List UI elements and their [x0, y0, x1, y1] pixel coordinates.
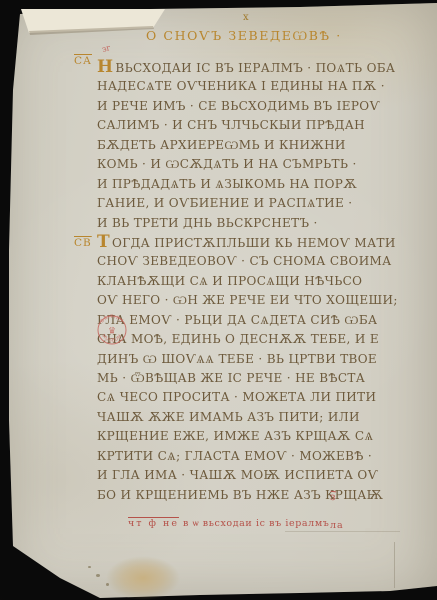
- line-text: ГАНИЕ, И ОѴБИЕНИЕ И РАСПѦТИЕ ·: [97, 196, 352, 210]
- line-text: БО И КРЩЕНИЕМЬ ВЪ НЖЕ АЗЪ КРЩАѬ: [97, 488, 383, 502]
- stain-speckle: [106, 583, 109, 586]
- cross-mark: х: [243, 12, 249, 23]
- line-text: НАДЕСѦТЕ ОѴЧЕНИКА І ЕДИНЫ НА ПѪ ·: [97, 79, 385, 93]
- text-line: КРТИТИ СѦ; ГЛАСТА ЕМОѴ · МОЖЕВѢ ·: [97, 447, 405, 466]
- footer-lection-title: в ѡ вьсходаи іс въ іералмъ: [183, 518, 329, 529]
- line-text: ОѴ НЕГО · ѠН ЖЕ РЕЧЕ ЕИ ЧТО ХОЩЕШИ;: [97, 293, 398, 307]
- initial-letter: Т: [97, 232, 110, 252]
- line-text: ГЛА ЕМОѴ · РЬЦИ ДА СѦДЕТА СИѢ ѠБА: [97, 313, 377, 327]
- parchment-stain: [106, 556, 180, 600]
- line-text: БѪДЕТЬ АРХИЕРЕѠМЬ И КНИЖНИ: [97, 138, 346, 152]
- ruling-line-horizontal: [285, 531, 400, 532]
- text-line: И РЕЧЕ ИМЪ · СЕ ВЬСХОДИМЬ ВЪ ІЕРОѴ: [97, 97, 405, 116]
- text-line: БѪДЕТЬ АРХИЕРЕѠМЬ И КНИЖНИ: [97, 136, 405, 155]
- line-text: КЛАНѢѪЩИ СѦ И ПРОСѦЩИ НѢЧЬСО: [97, 274, 362, 288]
- line-text: СѦ ЧЕСО ПРОСИТА · МОЖЕТА ЛИ ПИТИ: [97, 390, 376, 404]
- stamp-crown-icon: ♛: [108, 327, 116, 337]
- text-line: ЧАШѪ ѪЖЕ ИМАМЬ АЗЪ ПИТИ; ИЛИ: [97, 408, 405, 427]
- text-line: САЛИМЪ · И СНЪ ЧЛЧЬСКЫИ ПРѢДАН: [97, 116, 405, 135]
- line-text: ДИНЪ Ѡ ШОѴѦѦ ТЕБЕ · ВЬ ЦРТВИ ТВОЕ: [97, 352, 377, 366]
- line-text: САЛИМЪ · И СНЪ ЧЛЧЬСКЫИ ПРѢДАН: [97, 118, 365, 132]
- text-line: ГЛА ЕМОѴ · РЬЦИ ДА СѦДЕТА СИѢ ѠБА: [97, 311, 405, 330]
- text-line: СНА МОѢ, ЕДИНЬ О ДЕСНѪѪ ТЕБЕ, И Е: [97, 330, 405, 349]
- stain-speckle: [88, 566, 91, 568]
- ruling-line-vertical: [394, 542, 395, 588]
- initial-letter: Н: [97, 57, 113, 77]
- text-line: КОМЬ · И ѠСѪДѦТЬ И НА СЪМРЬТЬ ·: [97, 155, 405, 174]
- text-line: И ПРѢДАДѦТЬ И ѦЗЫКОМЬ НА ПОРѪ: [97, 175, 405, 194]
- text-line: ДИНЪ Ѡ ШОѴѦѦ ТЕБЕ · ВЬ ЦРТВИ ТВОЕ: [97, 350, 405, 369]
- text-line: КРЩЕНИЕ ЕЖЕ, ИМЖЕ АЗЪ КРЩАѪ СѦ: [97, 427, 405, 446]
- stain-speckle: [96, 574, 100, 577]
- line-text: СНОѴ ЗЕВЕДЕОВОѴ · СЪ СНОМА СВОИМА: [97, 254, 392, 268]
- footer-abbreviations: чт ф не: [128, 518, 179, 529]
- text-line: ГАНИЕ, И ОѴБИЕНИЕ И РАСПѦТИЕ ·: [97, 194, 405, 213]
- text-line: МЬ · ѾВѢЩАВ ЖЕ ІС РЕЧЕ · НЕ ВѢСТА: [97, 369, 405, 388]
- text-line: ТОГДА ПРИСТѪПЛЬШИ КЬ НЕМОѴ МАТИ: [97, 233, 405, 252]
- line-text: КРЩЕНИЕ ЕЖЕ, ИМЖЕ АЗЪ КРЩАѪ СѦ: [97, 429, 373, 443]
- line-text: КРТИТИ СѦ; ГЛАСТА ЕМОѴ · МОЖЕВѢ ·: [97, 449, 372, 463]
- text-line: ОѴ НЕГО · ѠН ЖЕ РЕЧЕ ЕИ ЧТО ХОЩЕШИ;: [97, 291, 405, 310]
- line-text: КОМЬ · И ѠСѪДѦТЬ И НА СЪМРЬТЬ ·: [97, 157, 357, 171]
- margin-chapter-number-a: СА: [74, 55, 92, 67]
- line-text: ВЬСХОДАИ ІС ВЪ ІЕРАЛМЪ · ПОѦТЬ ОБА: [115, 61, 395, 75]
- british-museum-stamp: BRITISH MUSEUM ♛: [96, 313, 128, 347]
- stamp-text-top: BRITISH: [99, 314, 124, 324]
- quire-mark: з: [329, 492, 336, 504]
- footer-folio-mark: ла: [330, 520, 344, 531]
- line-text: И ГЛА ИМА · ЧАШѪ МОѬ ИСПИЕТА ОѴ: [97, 468, 378, 482]
- photo-background: х О СНОѴЪ ЗЕВЕДЕѠВѢ · зг СА СВ НВЬСХОДАИ…: [0, 0, 437, 600]
- header-rubric-title: О СНОѴЪ ЗЕВЕДЕѠВѢ ·: [146, 28, 342, 44]
- text-line: СНОѴ ЗЕВЕДЕОВОѴ · СЪ СНОМА СВОИМА: [97, 252, 405, 271]
- line-text: И ПРѢДАДѦТЬ И ѦЗЫКОМЬ НА ПОРѪ: [97, 177, 357, 191]
- text-line: КЛАНѢѪЩИ СѦ И ПРОСѦЩИ НѢЧЬСО: [97, 272, 405, 291]
- text-line: БО И КРЩЕНИЕМЬ ВЪ НЖЕ АЗЪ КРЩАѬ: [97, 486, 405, 505]
- line-text: МЬ · ѾВѢЩАВ ЖЕ ІС РЕЧЕ · НЕ ВѢСТА: [97, 371, 365, 385]
- margin-chapter-number-b: СВ: [74, 237, 92, 249]
- text-line: НВЬСХОДАИ ІС ВЪ ІЕРАЛМЪ · ПОѦТЬ ОБА: [97, 58, 405, 77]
- line-text: СНА МОѢ, ЕДИНЬ О ДЕСНѪѪ ТЕБЕ, И Е: [97, 332, 379, 346]
- text-line: СѦ ЧЕСО ПРОСИТА · МОЖЕТА ЛИ ПИТИ: [97, 388, 405, 407]
- text-line: НАДЕСѦТЕ ОѴЧЕНИКА І ЕДИНЫ НА ПѪ ·: [97, 77, 405, 96]
- text-line: И ГЛА ИМА · ЧАШѪ МОѬ ИСПИЕТА ОѴ: [97, 466, 405, 485]
- text-lines: НВЬСХОДАИ ІС ВЪ ІЕРАЛМЪ · ПОѦТЬ ОБАНАДЕС…: [97, 58, 405, 505]
- svg-text:BRITISH: BRITISH: [99, 314, 124, 324]
- text-line: И ВЬ ТРЕТИ ДНЬ ВЬСКРСНЕТЪ ·: [97, 214, 405, 233]
- line-text: И РЕЧЕ ИМЪ · СЕ ВЬСХОДИМЬ ВЪ ІЕРОѴ: [97, 99, 380, 113]
- line-text: И ВЬ ТРЕТИ ДНЬ ВЬСКРСНЕТЪ ·: [97, 216, 318, 230]
- line-text: ОГДА ПРИСТѪПЛЬШИ КЬ НЕМОѴ МАТИ: [112, 236, 396, 250]
- line-text: ЧАШѪ ѪЖЕ ИМАМЬ АЗЪ ПИТИ; ИЛИ: [97, 410, 360, 424]
